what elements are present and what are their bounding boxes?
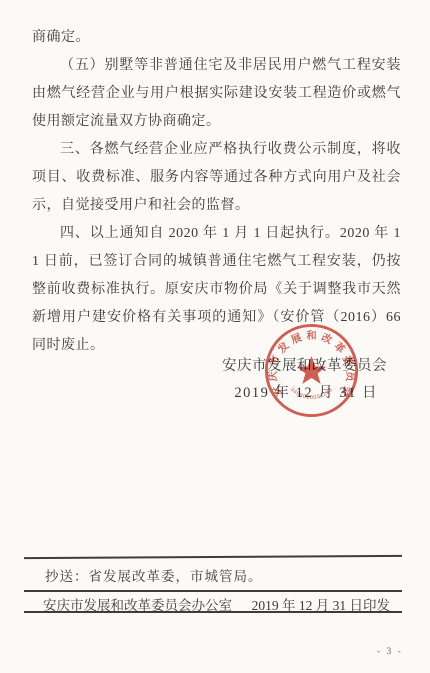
footer-rule-top xyxy=(24,555,402,559)
body-lines: 商确定。（五）别墅等非普通住宅及非居民用户燃气工程安装费由燃气经营企业与用户根据… xyxy=(32,24,401,360)
issuer-row: 安庆市发展和改革委员会办公室 2019 年 12 月 31 日印发 xyxy=(43,594,390,614)
seal-star-icon xyxy=(297,356,326,384)
seal-arc-char: 员 xyxy=(344,371,358,383)
cc-line: 抄送：省发展改革委，市城管局。 xyxy=(45,565,263,585)
seal-arc-char: 庆 xyxy=(266,370,280,382)
body-line: （五）别墅等非普通住宅及非居民用户燃气工程安装费 xyxy=(32,52,401,80)
body-line: 使用额定流量双方协商确定。 xyxy=(32,108,401,136)
seal-arc-char: 改 xyxy=(320,331,335,347)
seal-arc-char: 安 xyxy=(268,383,285,399)
body-line: 示，自觉接受用户和社会的监督。 xyxy=(32,192,401,220)
official-seal-icon: 安庆市发展和改革委员会 3408010001183 xyxy=(263,321,360,420)
page-number: - 3 - xyxy=(377,647,403,657)
body-line: 整前收费标准执行。原安庆市物价局《关于调整我市天然气 xyxy=(32,276,401,304)
issuer-office: 安庆市发展和改革委员会办公室 xyxy=(43,594,232,614)
seal-arc-char: 展 xyxy=(289,330,304,346)
seal-arc-char: 和 xyxy=(306,329,316,342)
body-line: 商确定。 xyxy=(32,24,401,52)
body-line: 由燃气经营企业与用户根据实际建设安装工程造价或燃气 xyxy=(32,80,401,108)
print-date: 2019 年 12 月 31 日印发 xyxy=(252,594,390,614)
body-line: 四、以上通知自 2020 年 1 月 1 日起执行。2020 年 1 月 xyxy=(32,220,401,248)
seal-code: 3408010001183 xyxy=(289,387,334,401)
body-line: 1 日前，已签订合同的城镇普通住宅燃气工程安装，仍按调 xyxy=(32,248,401,276)
body-line: 项目、收费标准、服务内容等通过各种方式向用户及社会公 xyxy=(32,164,401,192)
document-page: 商确定。（五）别墅等非普通住宅及非居民用户燃气工程安装费由燃气经营企业与用户根据… xyxy=(0,0,430,673)
body-line: 三、各燃气经营企业应严格执行收费公示制度，将收费 xyxy=(32,136,401,164)
footer-rule-middle xyxy=(24,590,402,592)
